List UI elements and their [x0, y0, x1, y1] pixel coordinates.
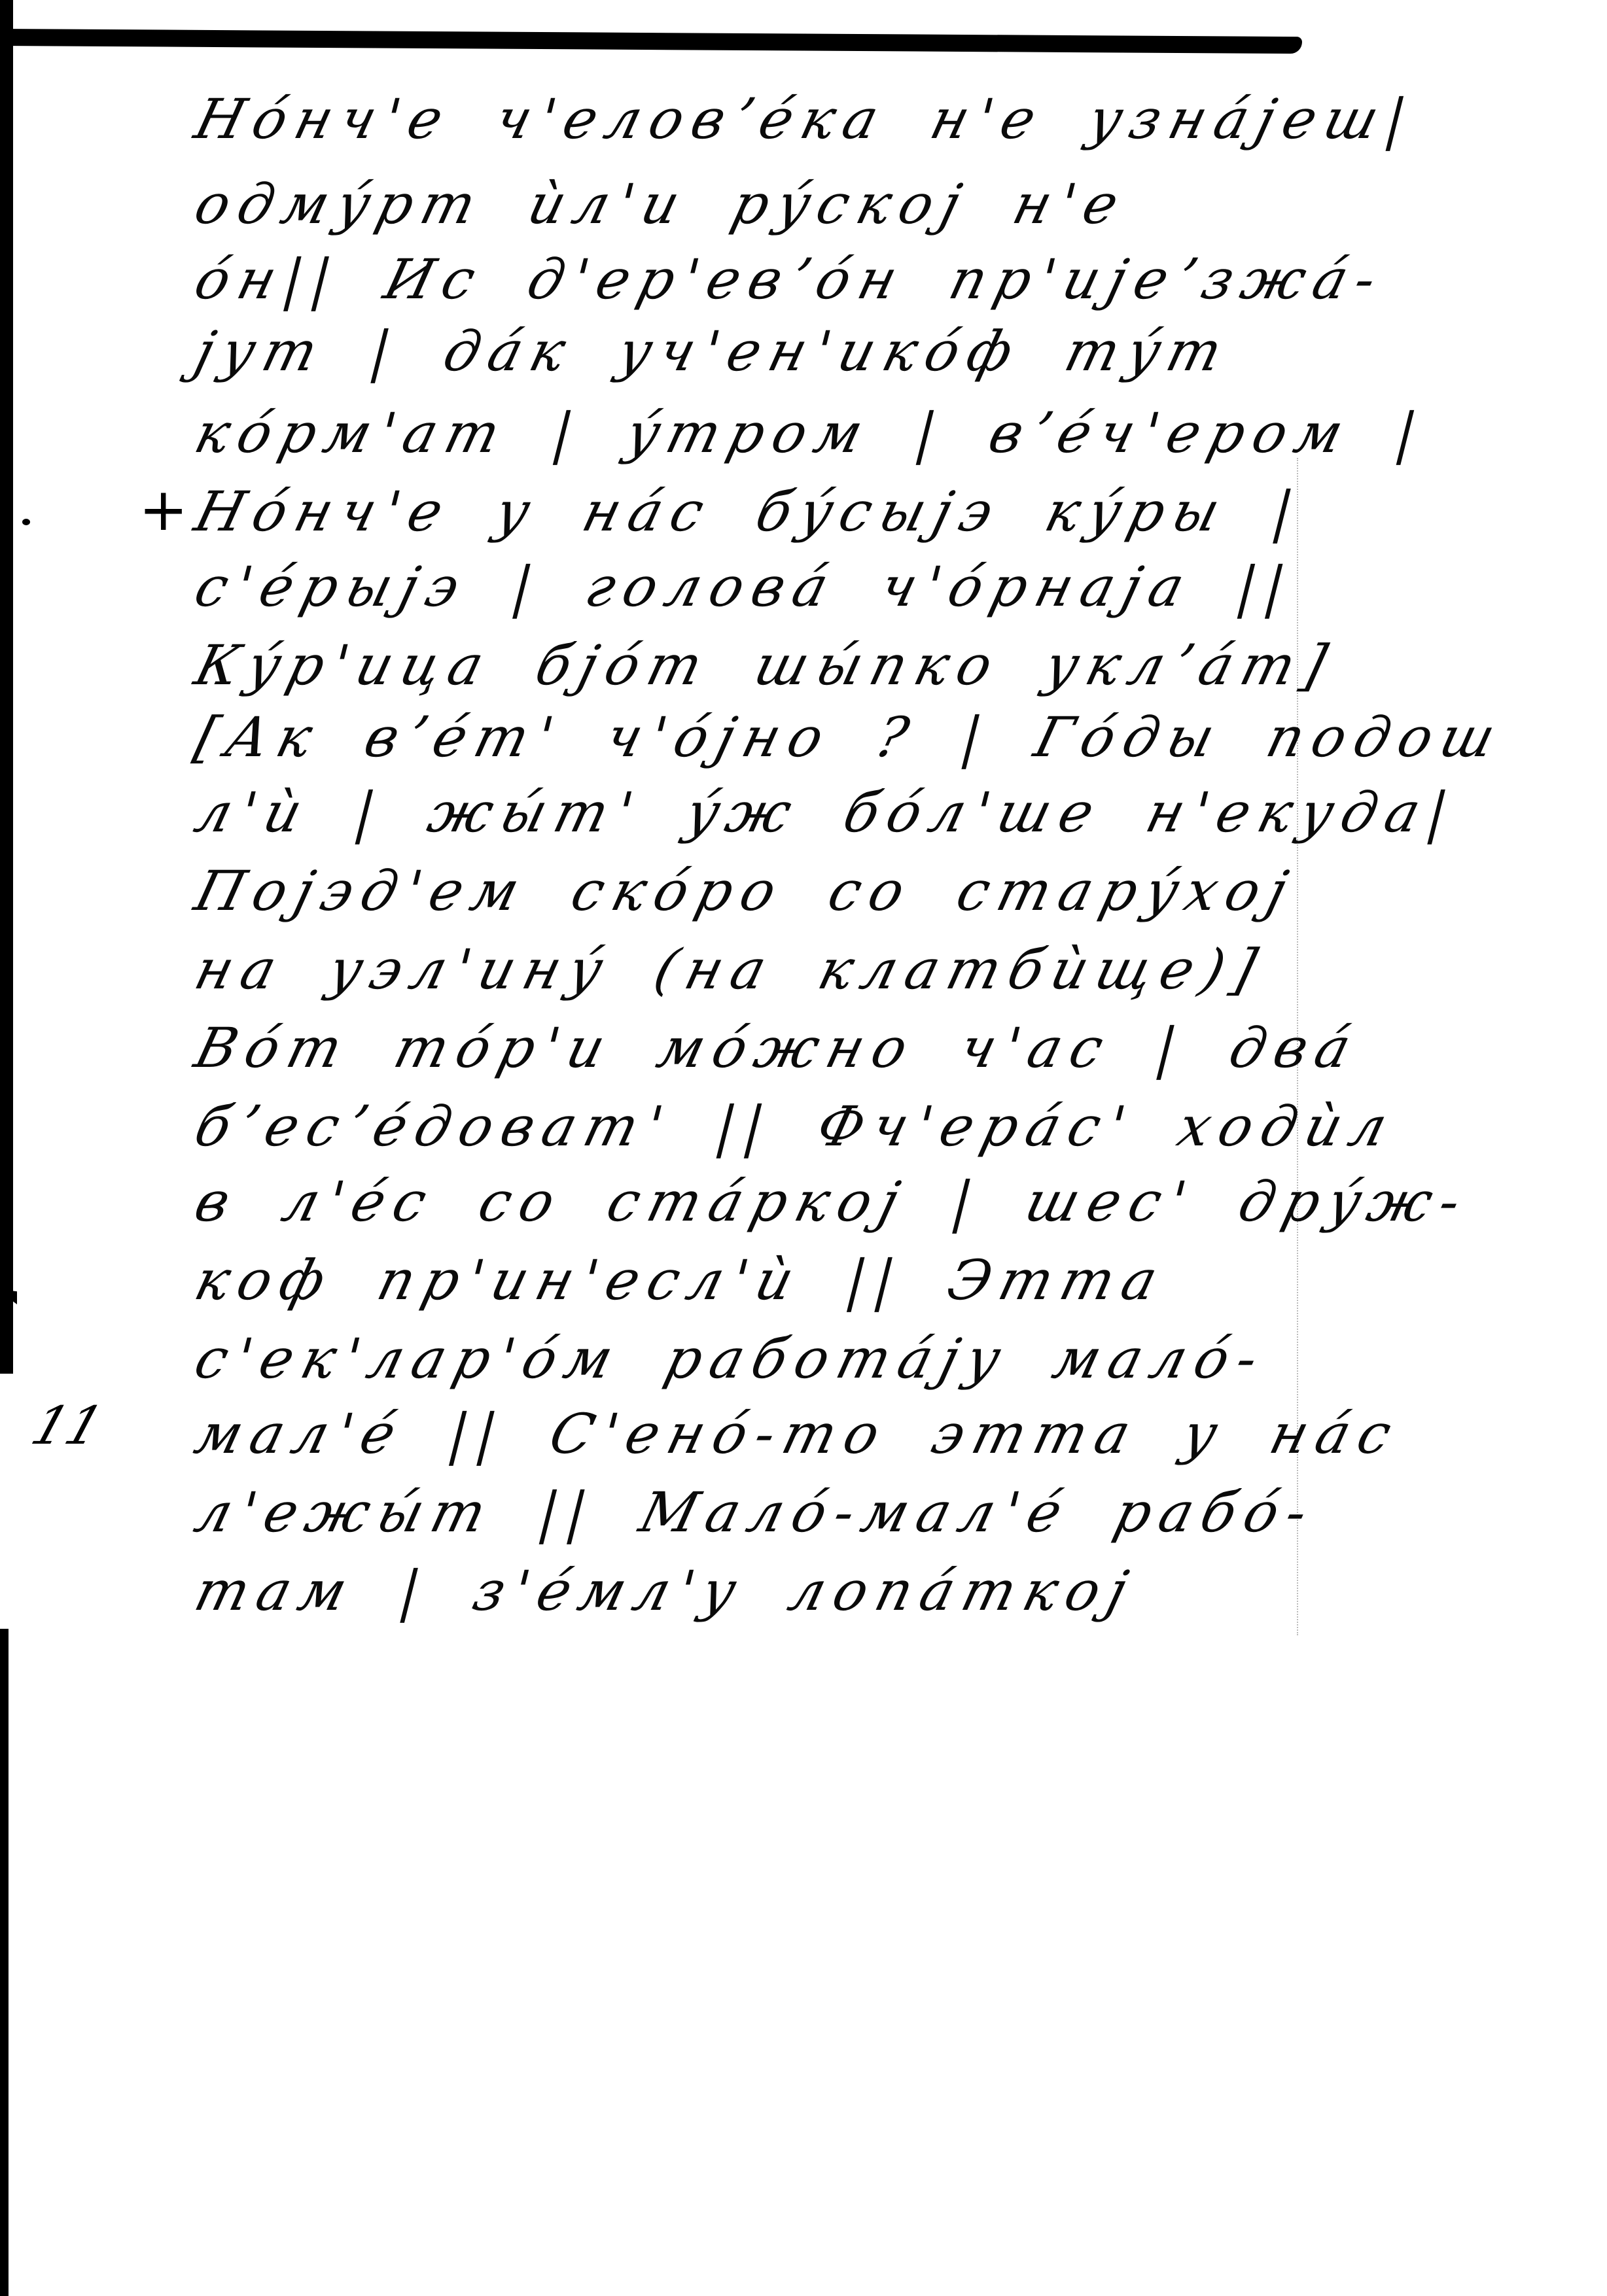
handwritten-line-11: Појэд'ем скóро со старýхој: [190, 863, 1301, 918]
scan-edge-top: [0, 29, 1302, 54]
scan-edge-left-lower: [0, 1629, 9, 2296]
handwritten-line-14: бʼесʼéдоват' || Фч'ерáс' ходѝл: [190, 1099, 1402, 1154]
handwritten-line-2: одмýрт ѝл'и рýској н'е: [190, 177, 1133, 232]
handwritten-line-1: Нóнч'е ч'еловʼéка н'е узнáјеш|: [190, 92, 1421, 147]
handwritten-line-16: коф пр'ин'есл'ѝ || Этта: [190, 1253, 1172, 1308]
handwritten-line-10: л'ѝ | жы́т' ýж бóл'ше н'екуда|: [190, 785, 1462, 840]
handwritten-line-5: кóрм'ат | ýтром | вʼéч'ером |: [190, 406, 1432, 461]
handwritten-line-19: л'ежы́т || Малó-мал'é рабó-: [190, 1485, 1322, 1540]
scan-edge-left-upper: [0, 0, 13, 1374]
handwritten-line-7: с'éрыјэ | головá ч'óрнаја ||: [190, 559, 1300, 614]
margin-plus-mark: +: [139, 481, 188, 540]
handwritten-line-20: там | з'éмл'у лопáткој: [190, 1563, 1142, 1618]
handwritten-line-9: [Ак вʼéт' ч'óјно ? | Гóды подош: [190, 710, 1510, 765]
handwritten-line-18: мал'é || С'енó-то этта у нáс: [190, 1406, 1405, 1461]
handwritten-line-3: óн|| Ис д'ер'евʼóн пр'иjеʼзжá-: [190, 252, 1390, 307]
handwritten-line-4: јут | дáк уч'ен'икóф тýт: [190, 324, 1237, 379]
handwritten-line-15: в л'éс со стáркој | шес' дрýж-: [190, 1174, 1475, 1229]
handwritten-line-12: на уэл'инý (на клатбѝще)]: [190, 942, 1271, 997]
handwritten-line-13: Вóт тóр'и мóжно ч'ас | двá: [190, 1020, 1365, 1075]
handwritten-line-17: с'ек'лар'óм работáју малó-: [190, 1331, 1272, 1386]
margin-page-number: 11: [26, 1400, 109, 1452]
scanned-page: + 11 Нóнч'е ч'еловʼéка н'е узнáјеш| одмý…: [0, 0, 1607, 2296]
handwritten-line-6: Нóнч'е у нáс бýсыјэ кýры |: [190, 484, 1308, 539]
margin-dot: [22, 519, 30, 525]
handwritten-line-8: Кýр'ица бјóт шы́пко уклʼáт]: [190, 638, 1341, 693]
